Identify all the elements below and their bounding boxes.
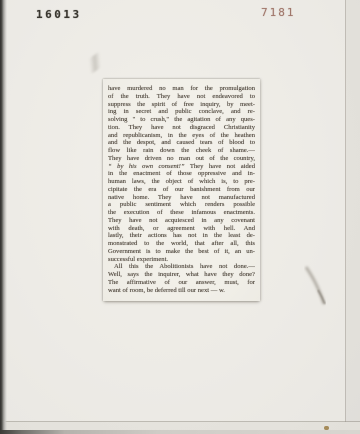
clipping-line: the execution of these infamous enactmen… (108, 209, 255, 217)
clipping-line: and the despot, and caused tears of bloo… (108, 139, 255, 147)
archive-number-left: 16013 (36, 8, 82, 21)
pencil-smudge-stroke (296, 262, 332, 310)
clipping-line: lastly, their actions has not in the lea… (108, 232, 255, 240)
clipping-line: flow like rain down the cheek of shame.— (108, 147, 255, 155)
clipping-line: with death, or agreement with hell. And (108, 225, 255, 233)
newspaper-clipping: have murdered no man for the promulgatio… (103, 79, 260, 301)
italic-phrase: “ by his own consent!” (108, 163, 185, 170)
clipping-line: a public sentiment which renders possibl… (108, 201, 255, 209)
clipping-line: The affirmative of our answer, must, for (108, 279, 255, 287)
photo-edge-left (0, 0, 7, 434)
clipping-line: monstrated to the world, that after all,… (108, 240, 255, 248)
clipping-line: Government is to make the best of it, an… (108, 248, 255, 256)
scanned-album-page: 16013 7181 have murdered no man for the … (0, 0, 360, 434)
photo-edge-bottom (0, 430, 360, 434)
clipping-line: want of room, be deferred till our next … (108, 287, 255, 295)
page-edge-right (345, 0, 360, 422)
clipping-line: have murdered no man for the promulgatio… (108, 85, 255, 93)
clipping-line-rest: They have not aided (185, 163, 256, 170)
clipping-line: ing in secret and public conclave, and r… (108, 108, 255, 116)
clipping-line: They have driven no man out of the count… (108, 155, 255, 163)
clipping-line: and republicanism, in the eyes of the he… (108, 132, 255, 140)
archive-number-right: 7181 (261, 6, 296, 19)
clipping-line: human laws, the object of which is, to p… (108, 178, 255, 186)
clipping-line: native home. They have not manufactured (108, 194, 255, 202)
pencil-smudge (296, 262, 332, 310)
clipping-line: solving " to crush," the agitation of an… (108, 116, 255, 124)
clipping-line: They have not acquiesced in any covenant (108, 217, 255, 225)
clipping-line: Well, says the inquirer, what have they … (108, 271, 255, 279)
clipping-line: suppress the spirit of free inquiry, by … (108, 101, 255, 109)
clipping-line: cipitate the era of our banishment from … (108, 186, 255, 194)
clipping-line: in the enactment of those oppressive and… (108, 170, 255, 178)
clipping-line: “ by his own consent!” They have not aid… (108, 163, 255, 171)
clipping-line: successful experiment. (108, 256, 255, 264)
paper-smudge (84, 52, 107, 74)
clipping-line: tion. They have not disgraced Christiani… (108, 124, 255, 132)
clipping-line: of the truth. They have not endeavored t… (108, 93, 255, 101)
clipping-line: All this the Abolitionists have not done… (108, 263, 255, 271)
